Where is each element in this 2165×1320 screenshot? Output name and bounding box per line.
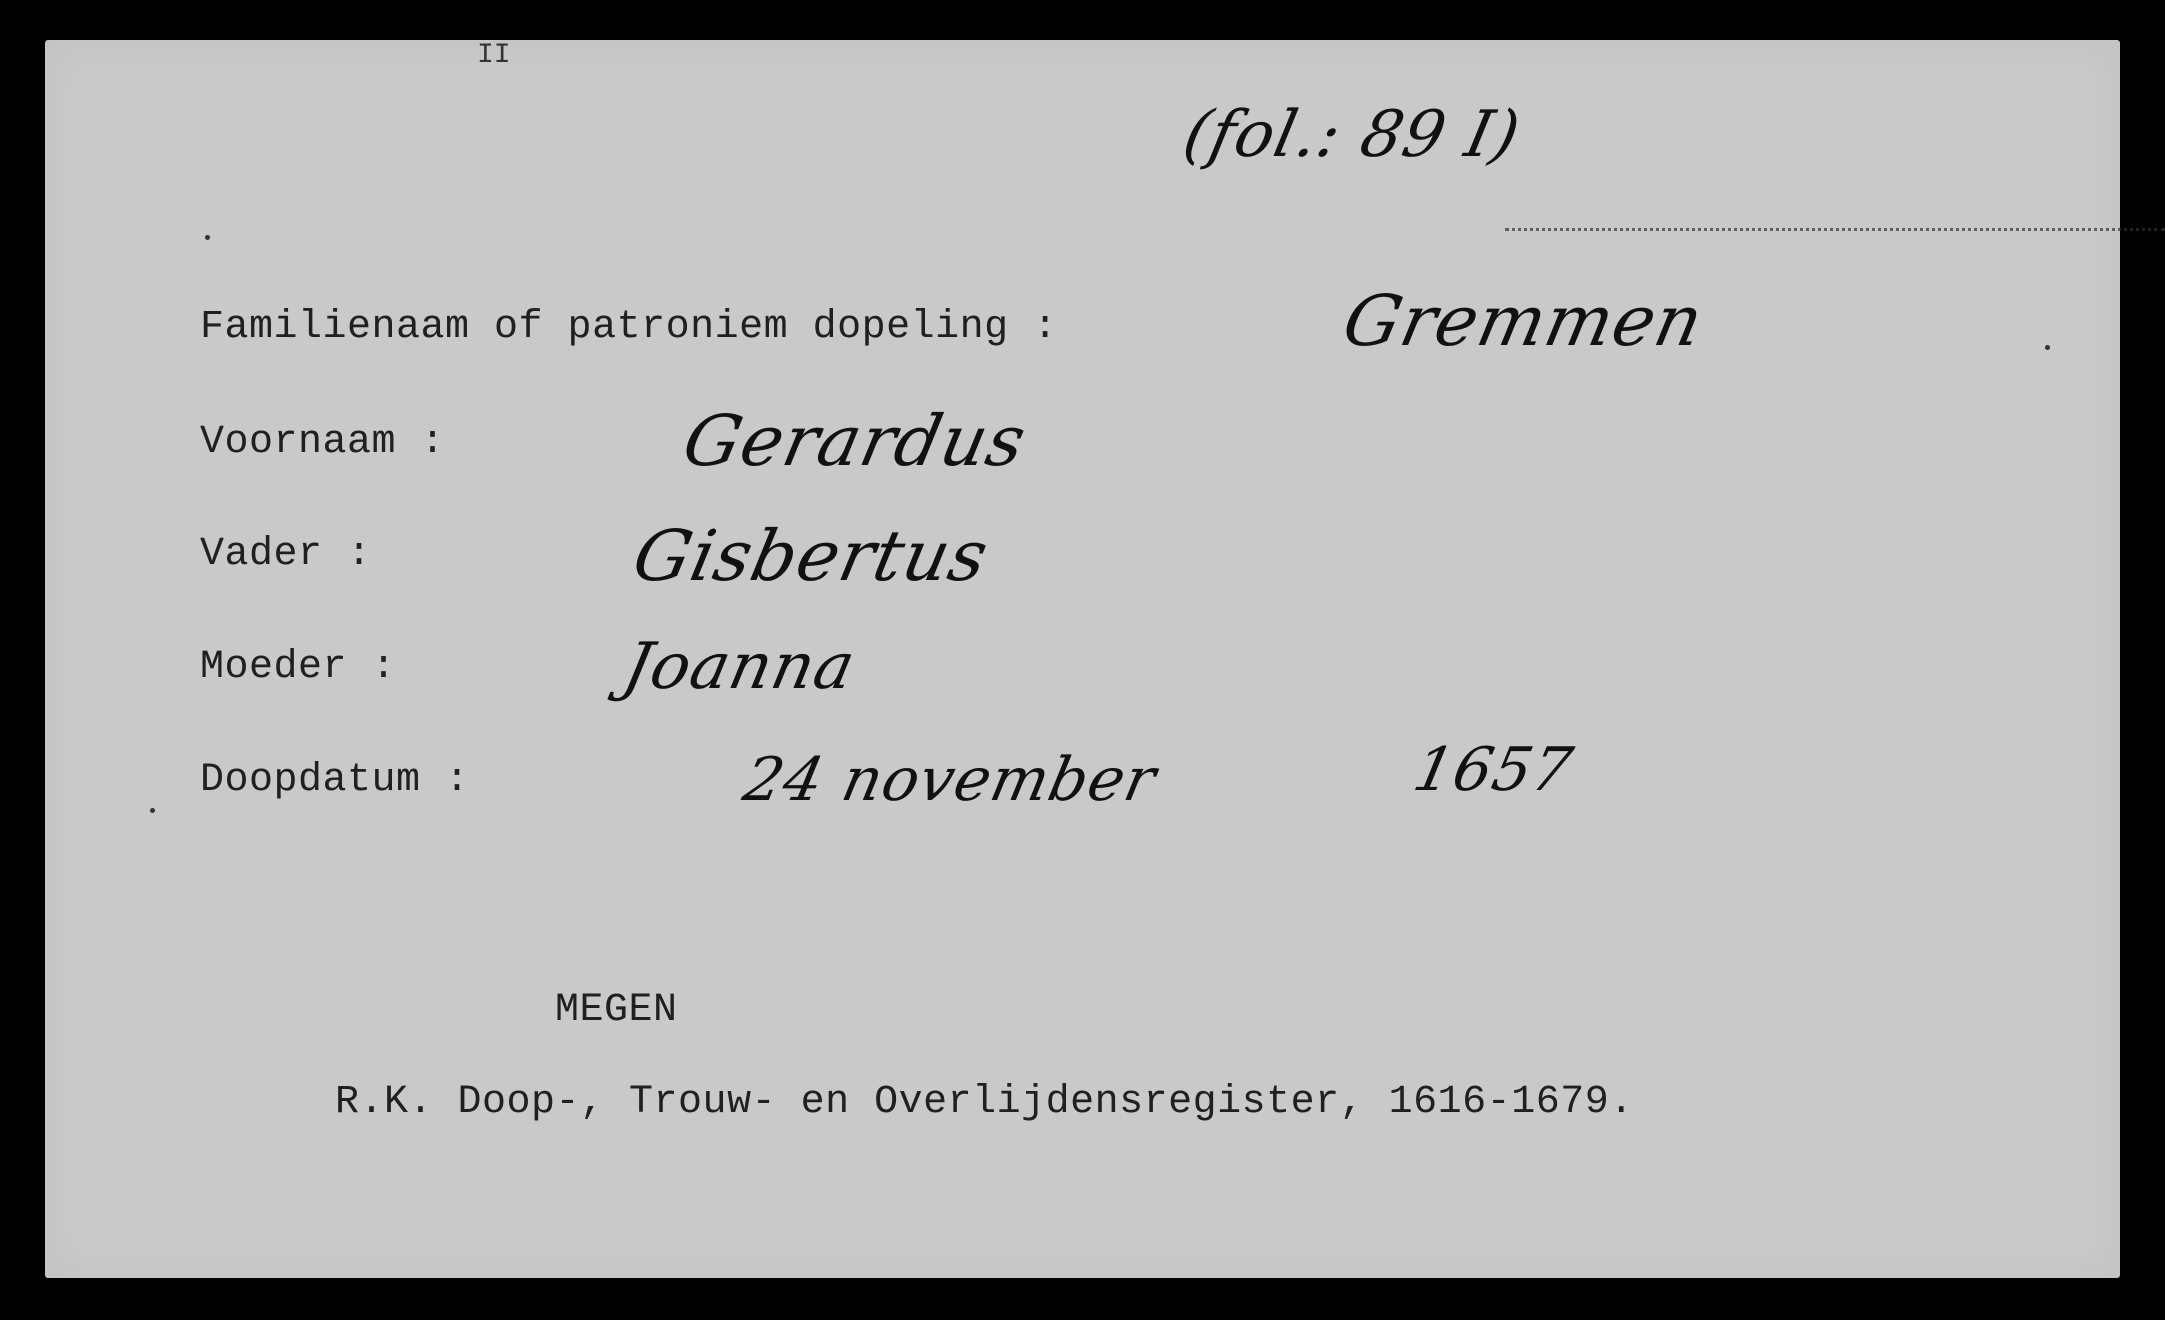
speck: [150, 808, 155, 813]
value-voornaam: Gerardus: [676, 400, 1033, 482]
top-mark: II: [477, 40, 511, 71]
value-doopjaar: 1657: [1408, 735, 1580, 805]
place-name: MEGEN: [555, 988, 678, 1033]
label-voornaam: Voornaam :: [200, 420, 445, 465]
label-doopdatum: Doopdatum :: [200, 758, 470, 803]
value-vader: Gisbertus: [626, 515, 995, 597]
source-reference: R.K. Doop-, Trouw- en Overlijdensregiste…: [335, 1080, 1634, 1125]
value-doopdatum: 24 november: [738, 745, 1163, 815]
label-moeder: Moeder :: [200, 645, 396, 690]
label-familienaam: Familienaam of patroniem dopeling :: [200, 305, 1058, 350]
value-familienaam: Gremmen: [1336, 280, 1711, 362]
label-vader: Vader :: [200, 532, 372, 577]
folio-note: (fol.: 89 I): [1177, 98, 1527, 172]
speck: [205, 235, 210, 240]
index-card: II (fol.: 89 I) Familienaam of patroniem…: [45, 40, 2120, 1278]
dotted-rule: [1505, 228, 2165, 231]
value-moeder: Joanna: [617, 630, 862, 704]
speck: [2045, 345, 2050, 350]
